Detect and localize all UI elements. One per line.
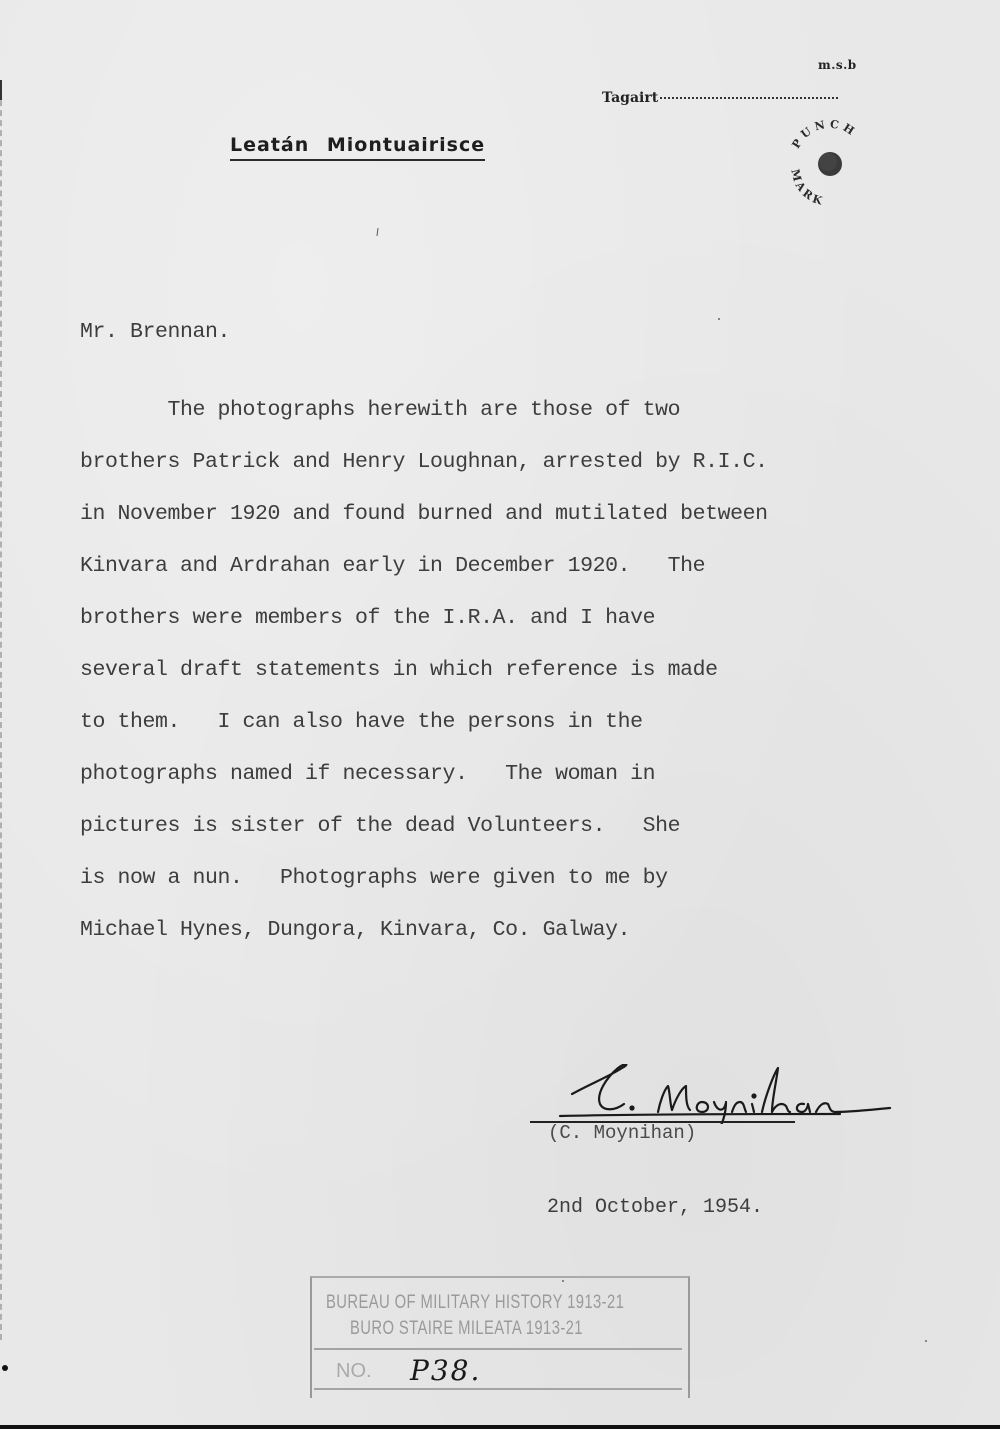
page-left-edge-mark — [0, 80, 2, 100]
salutation: Mr. Brennan. — [80, 306, 940, 358]
page-left-edge — [0, 80, 7, 1340]
stamp-number-value: P38. — [410, 1354, 481, 1387]
svg-text:MARK: MARK — [788, 168, 826, 209]
typed-signatory-name: (C. Moynihan) — [548, 1122, 696, 1144]
stamp-divider — [314, 1348, 682, 1350]
body-line: pictures is sister of the dead Volunteer… — [80, 800, 940, 852]
stray-mark — [376, 228, 378, 236]
stamp-bureau-line: BUREAU OF MILITARY HISTORY 1913-21 — [326, 1292, 624, 1314]
letter-date: 2nd October, 1954. — [547, 1196, 763, 1219]
binding-hole-mark — [2, 1365, 8, 1371]
page-bottom-edge — [0, 1425, 1000, 1429]
handwritten-signature-icon — [540, 1064, 900, 1124]
paper-speck — [562, 1280, 564, 1282]
punch-hole-icon: PUNCH MARK — [782, 114, 878, 210]
punch-mark-stamp: PUNCH MARK — [782, 114, 878, 210]
signature-block: (C. Moynihan) — [520, 1064, 900, 1164]
body-line: photographs named if necessary. The woma… — [80, 748, 940, 800]
form-title: Leatán Miontuairisce — [230, 134, 485, 161]
reference-dotted-line — [660, 97, 838, 99]
body-line: The photographs herewith are those of tw… — [80, 384, 940, 436]
stamp-buro-line: BURO STAIRE MILEATA 1913-21 — [350, 1318, 583, 1340]
body-line: brothers were members of the I.R.A. and … — [80, 592, 940, 644]
body-line: Kinvara and Ardrahan early in December 1… — [80, 540, 940, 592]
paper-speck — [925, 1340, 927, 1342]
body-line: to them. I can also have the persons in … — [80, 696, 940, 748]
svg-text:PUNCH: PUNCH — [789, 118, 859, 151]
archive-stamp: BUREAU OF MILITARY HISTORY 1913-21 BURO … — [310, 1276, 690, 1398]
body-line: in November 1920 and found burned and mu… — [80, 488, 940, 540]
body-line: several draft statements in which refere… — [80, 644, 940, 696]
body-line: brothers Patrick and Henry Loughnan, arr… — [80, 436, 940, 488]
stamp-number-label: NO. — [336, 1360, 372, 1383]
stamp-bottom-rule — [314, 1388, 682, 1390]
reference-label: Tagairt — [602, 90, 658, 106]
document-page: m.s.b Tagairt Leatán Miontuairisce PUNCH… — [0, 0, 1000, 1429]
letter-body: Mr. Brennan. The photographs herewith ar… — [80, 306, 940, 956]
body-line: Michael Hynes, Dungora, Kinvara, Co. Gal… — [80, 904, 940, 956]
reference-field: Tagairt — [602, 90, 838, 106]
serial-code: m.s.b — [818, 58, 857, 72]
body-line: is now a nun. Photographs were given to … — [80, 852, 940, 904]
paper-speck — [718, 318, 720, 320]
letter-paragraph: The photographs herewith are those of tw… — [80, 384, 940, 956]
